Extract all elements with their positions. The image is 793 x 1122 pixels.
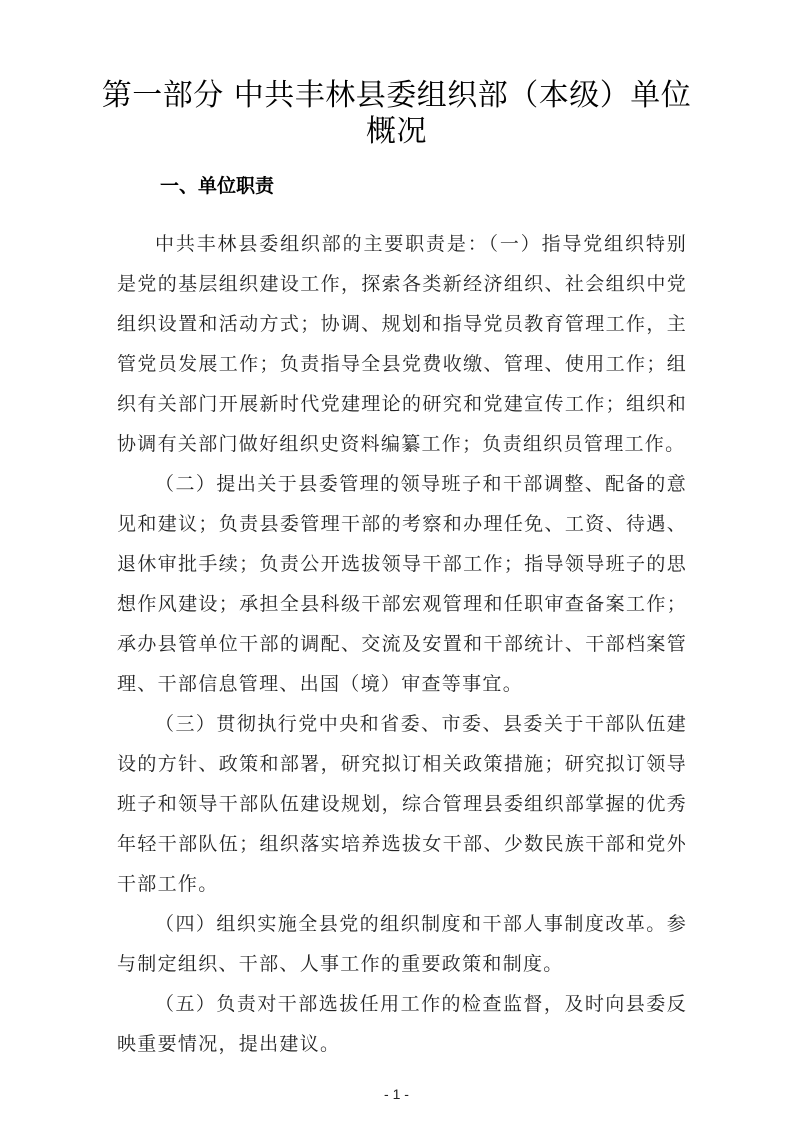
page-number: - 1 - bbox=[0, 1086, 793, 1102]
section-body: 中共丰林县委组织部的主要职责是：（一）指导党组织特别是党的基层组织建设工作，探索… bbox=[117, 224, 687, 1064]
page-title: 第一部分 中共丰林县委组织部（本级）单位概况 bbox=[100, 78, 693, 150]
paragraph-4: （四）组织实施全县党的组织制度和干部人事制度改革。参与制定组织、干部、人事工作的… bbox=[117, 904, 687, 984]
paragraph-3: （三）贯彻执行党中央和省委、市委、县委关于干部队伍建设的方针、政策和部署，研究拟… bbox=[117, 704, 687, 904]
document-page: 第一部分 中共丰林县委组织部（本级）单位概况 一、单位职责 中共丰林县委组织部的… bbox=[0, 0, 793, 1122]
paragraph-5: （五）负责对干部选拔任用工作的检查监督，及时向县委反映重要情况，提出建议。 bbox=[117, 984, 687, 1064]
paragraph-1: 中共丰林县委组织部的主要职责是：（一）指导党组织特别是党的基层组织建设工作，探索… bbox=[117, 224, 687, 464]
section-heading-unit-duties: 一、单位职责 bbox=[160, 172, 274, 200]
paragraph-2: （二）提出关于县委管理的领导班子和干部调整、配备的意见和建议；负责县委管理干部的… bbox=[117, 464, 687, 704]
